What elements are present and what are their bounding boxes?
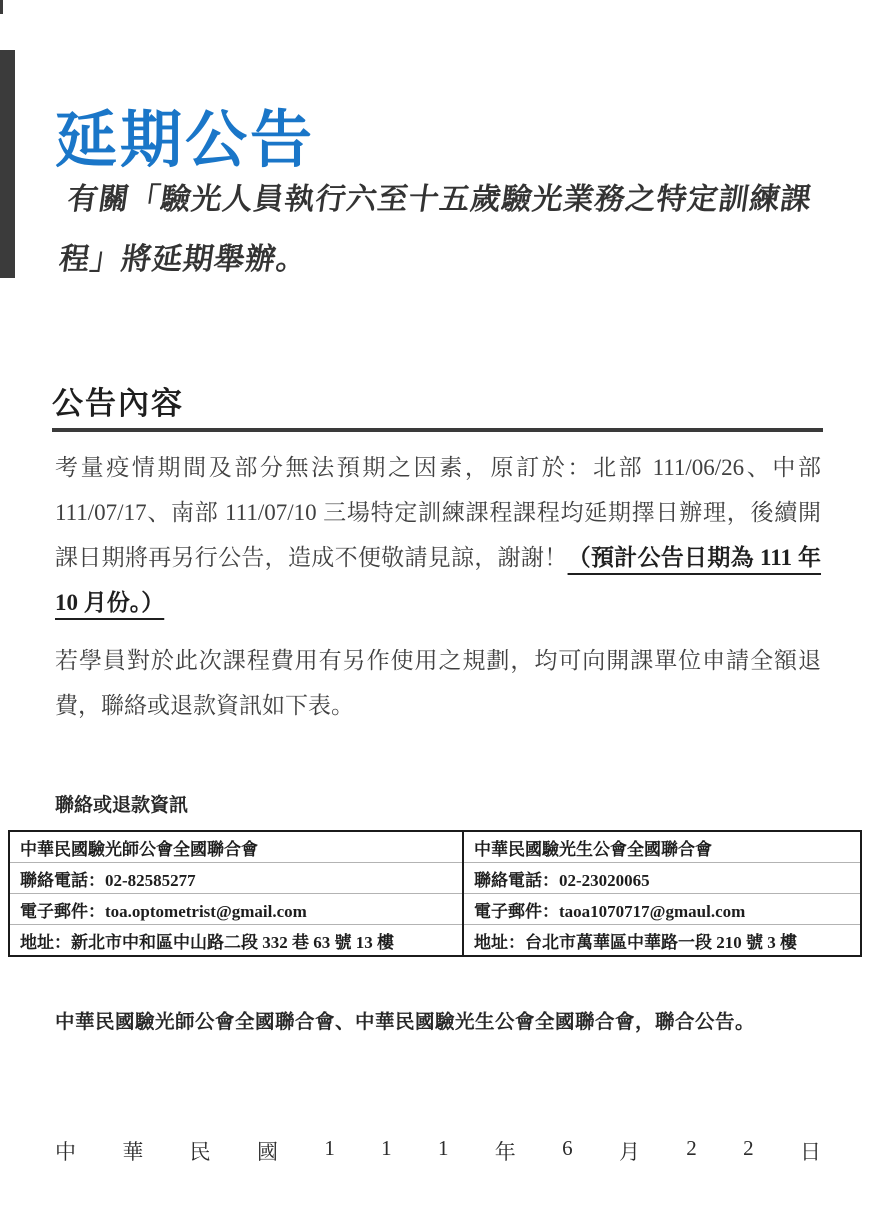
roc-date-line: 中 華 民 國 1 1 1 年 6 月 2 2 日 xyxy=(55,1136,821,1166)
joint-announcement-line: 中華民國驗光師公會全國聯合會、中華民國驗光生公會全國聯合會，聯合公告。 xyxy=(55,1006,835,1034)
date-char: 1 xyxy=(438,1136,449,1166)
org-name-right: 中華民國驗光生公會全國聯合會 xyxy=(463,831,861,863)
address-right: 地址：台北市萬華區中華路一段 210 號 3 樓 xyxy=(463,925,861,957)
table-row: 地址：新北市中和區中山路二段 332 巷 63 號 13 樓 地址：台北市萬華區… xyxy=(9,925,861,957)
announcement-paragraph-2: 若學員對於此次課程費用有另作使用之規劃，均可向開課單位申請全額退費，聯絡或退款資… xyxy=(55,638,821,728)
date-char: 中 xyxy=(55,1136,76,1166)
table-row: 聯絡電話：02-82585277 聯絡電話：02-23020065 xyxy=(9,863,861,894)
table-row: 中華民國驗光師公會全國聯合會 中華民國驗光生公會全國聯合會 xyxy=(9,831,861,863)
date-char: 1 xyxy=(381,1136,392,1166)
date-char: 月 xyxy=(619,1136,640,1166)
date-char: 日 xyxy=(800,1136,821,1166)
contact-refund-table: 中華民國驗光師公會全國聯合會 中華民國驗光生公會全國聯合會 聯絡電話：02-82… xyxy=(8,830,862,957)
date-char: 年 xyxy=(495,1136,516,1166)
date-char: 民 xyxy=(190,1136,211,1166)
phone-right: 聯絡電話：02-23020065 xyxy=(463,863,861,894)
date-char: 華 xyxy=(122,1136,143,1166)
date-char: 國 xyxy=(257,1136,278,1166)
announcement-paragraph-1: 考量疫情期間及部分無法預期之因素，原訂於：北部 111/06/26、中部 111… xyxy=(55,445,821,625)
table-row: 電子郵件：toa.optometrist@gmail.com 電子郵件：taoa… xyxy=(9,894,861,925)
announcement-subtitle: 有關「驗光人員執行六至十五歲驗光業務之特定訓練課程」將延期舉辦。 xyxy=(55,170,832,290)
email-left: 電子郵件：toa.optometrist@gmail.com xyxy=(9,894,463,925)
contact-table-label: 聯絡或退款資訊 xyxy=(55,790,188,817)
email-right: 電子郵件：taoa1070717@gmaul.com xyxy=(463,894,861,925)
date-char: 2 xyxy=(743,1136,754,1166)
page-edge-mark xyxy=(0,0,3,14)
address-left: 地址：新北市中和區中山路二段 332 巷 63 號 13 樓 xyxy=(9,925,463,957)
phone-left: 聯絡電話：02-82585277 xyxy=(9,863,463,894)
date-char: 6 xyxy=(562,1136,573,1166)
section-heading: 公告內容 xyxy=(52,378,184,423)
title-accent-bar xyxy=(0,50,15,278)
page-title: 延期公告 xyxy=(55,104,315,178)
section-divider xyxy=(52,428,823,432)
date-char: 1 xyxy=(324,1136,335,1166)
date-char: 2 xyxy=(686,1136,697,1166)
org-name-left: 中華民國驗光師公會全國聯合會 xyxy=(9,831,463,863)
announcement-page: 延期公告 有關「驗光人員執行六至十五歲驗光業務之特定訓練課程」將延期舉辦。 公告… xyxy=(0,0,871,1228)
